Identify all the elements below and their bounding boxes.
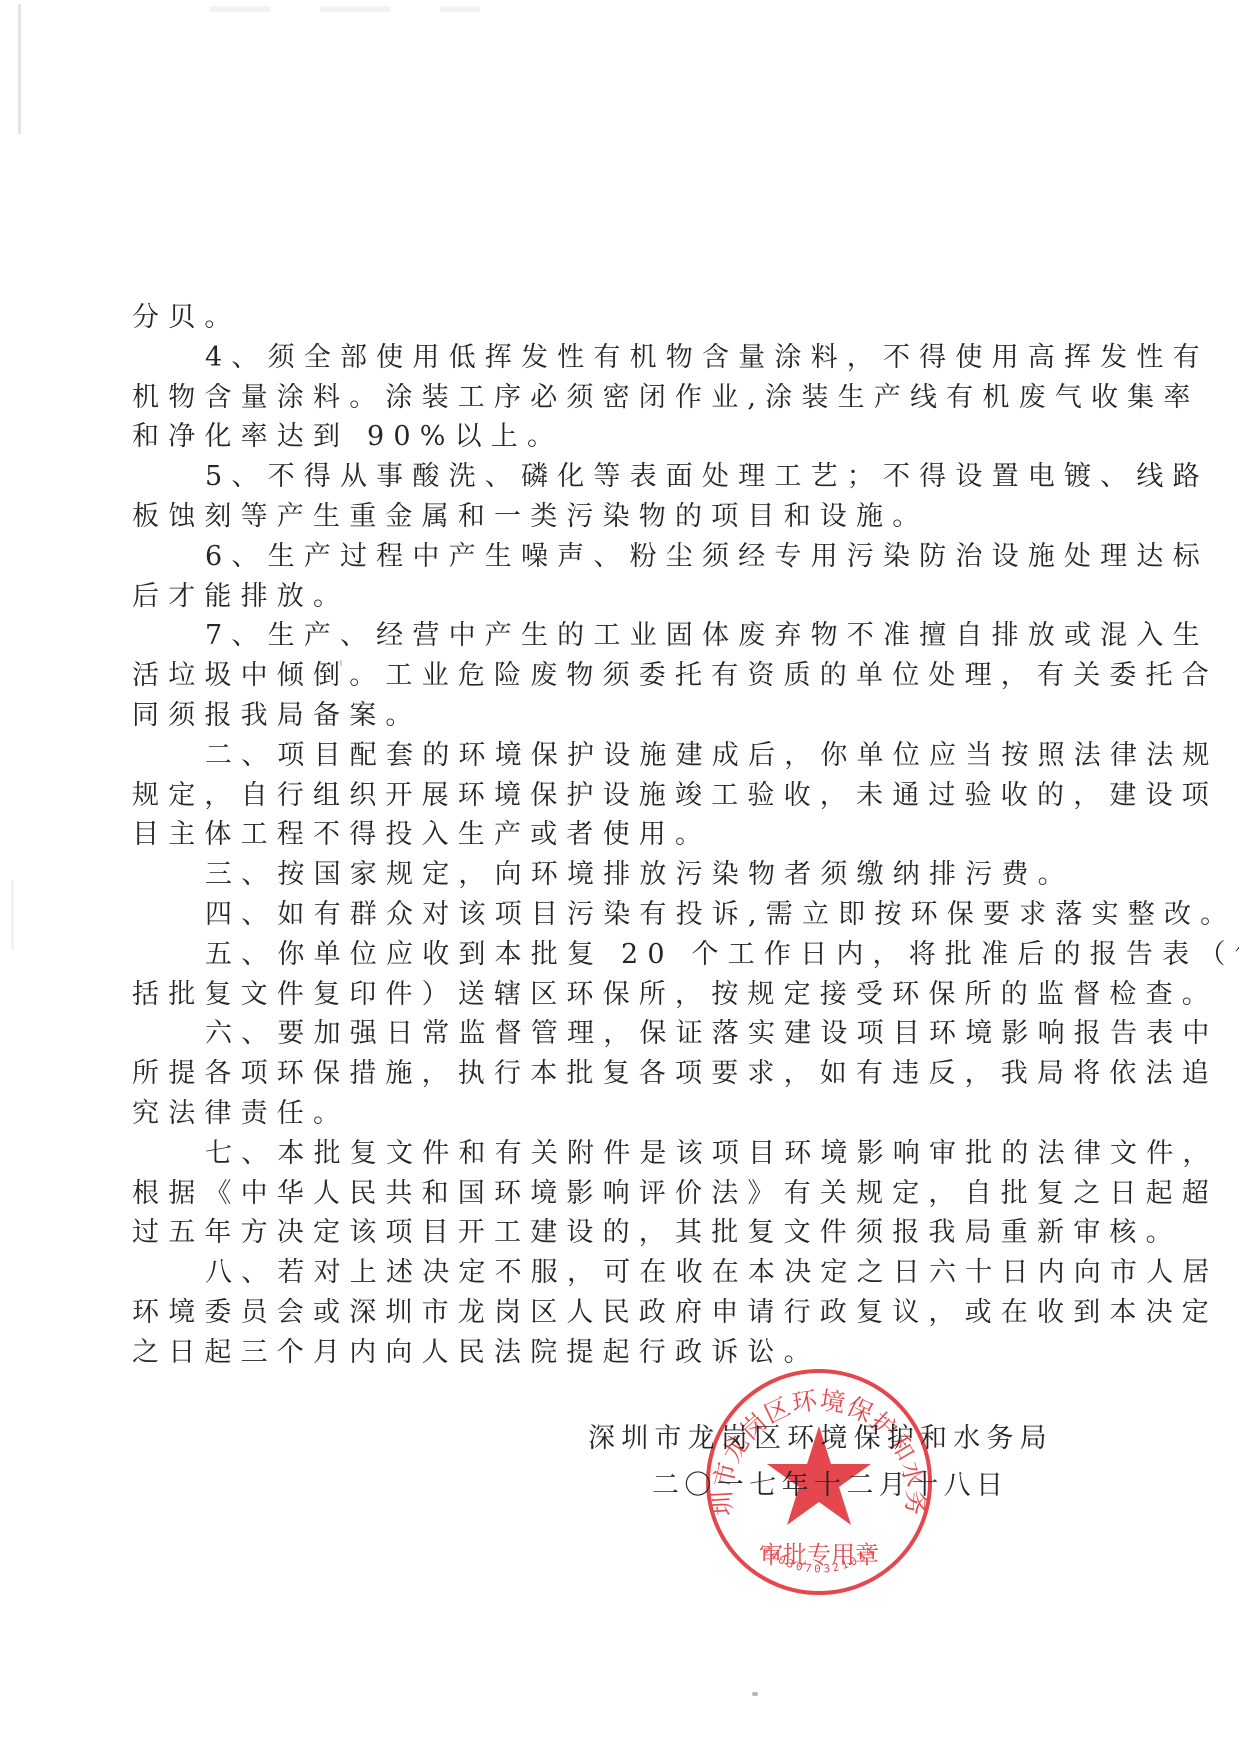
line-text: 六、要加强日常监督管理，保证落实建设项目环境影响报告表中 <box>205 1018 1219 1049</box>
line-text: 7、生产、经营中产生的工业固体废弃物不准擅自排放或混入生 <box>205 620 1209 651</box>
line-text: 四、如有群众对该项目污染有投诉,需立即按环保要求落实整改。 <box>205 899 1236 930</box>
issue-date: 二〇一七年十二月十八日 <box>652 1463 1008 1502</box>
scan-bleed-mark <box>440 6 480 12</box>
body-line: 括批复文件复印件）送辖区环保所，按规定接受环保所的监督检查。 <box>132 975 1012 1015</box>
body-line: 规定，自行组织开展环境保护设施竣工验收，未通过验收的，建设项 <box>132 776 1012 816</box>
scan-speck-mark <box>752 1692 758 1696</box>
body-line: 同须报我局备案。 <box>132 696 1012 736</box>
body-line: 后才能排放。 <box>132 577 1012 617</box>
line-text: 6、生产过程中产生噪声、粉尘须经专用污染防治设施处理达标 <box>205 541 1209 572</box>
line-text: 和净化率达到 90%以上。 <box>132 421 563 452</box>
svg-text:4403070321034: 4403070321034 <box>760 1543 879 1576</box>
body-line: 6、生产过程中产生噪声、粉尘须经专用污染防治设施处理达标 <box>132 537 1012 577</box>
body-line: 5、不得从事酸洗、磷化等表面处理工艺；不得设置电镀、线路 <box>132 457 1012 497</box>
stamp-serial-text: 4403070321034 <box>760 1543 879 1576</box>
body-line: 环境委员会或深圳市龙岗区人民政府申请行政复议，或在收到本决定 <box>132 1293 1012 1333</box>
official-seal-stamp-icon: 深圳市龙岗区环境保护和水务局 审批专用章 4403070321034 <box>703 1366 935 1598</box>
line-text: 环境委员会或深圳市龙岗区人民政府申请行政复议，或在收到本决定 <box>132 1297 1218 1328</box>
line-text: 括批复文件复印件）送辖区环保所，按规定接受环保所的监督检查。 <box>132 979 1218 1010</box>
body-line: 板蚀刻等产生重金属和一类污染物的项目和设施。 <box>132 497 1012 537</box>
line-text: 5、不得从事酸洗、磷化等表面处理工艺；不得设置电镀、线路 <box>205 461 1209 492</box>
body-line: 所提各项环保措施，执行本批复各项要求，如有违反，我局将依法追 <box>132 1054 1012 1094</box>
stamp-center-text: 审批专用章 <box>759 1541 879 1569</box>
body-line: 分贝。 <box>132 298 1012 338</box>
scan-edge-mark <box>11 880 14 950</box>
line-text: 七、本批复文件和有关附件是该项目环境影响审批的法律文件， <box>205 1138 1219 1169</box>
line-text: 规定，自行组织开展环境保护设施竣工验收，未通过验收的，建设项 <box>132 780 1218 811</box>
body-line: 五、你单位应收到本批复 20 个工作日内，将批准后的报告表（包 <box>132 935 1012 975</box>
line-text: 所提各项环保措施，执行本批复各项要求，如有违反，我局将依法追 <box>132 1058 1218 1089</box>
body-line: 和净化率达到 90%以上。 <box>132 417 1012 457</box>
line-text: 板蚀刻等产生重金属和一类污染物的项目和设施。 <box>132 501 928 532</box>
scan-speck-mark <box>1012 1030 1015 1033</box>
scan-bleed-mark <box>210 6 270 12</box>
document-body: 分贝。 4、须全部使用低挥发性有机物含量涂料，不得使用高挥发性有 机物含量涂料。… <box>132 298 1012 1373</box>
scan-edge-mark <box>18 4 21 134</box>
body-line: 七、本批复文件和有关附件是该项目环境影响审批的法律文件， <box>132 1134 1012 1174</box>
svg-text:深圳市龙岗区环境保护和水务局: 深圳市龙岗区环境保护和水务局 <box>703 1366 931 1517</box>
body-line: 之日起三个月内向人民法院提起行政诉讼。 <box>132 1333 1012 1373</box>
stamp-arc-text: 深圳市龙岗区环境保护和水务局 <box>703 1366 931 1517</box>
issuing-organization: 深圳市龙岗区环境保护和水务局 <box>588 1416 1053 1455</box>
scan-speck-mark <box>340 660 342 666</box>
body-line: 目主体工程不得投入生产或者使用。 <box>132 815 1012 855</box>
body-line: 过五年方决定该项目开工建设的，其批复文件须报我局重新审核。 <box>132 1213 1012 1253</box>
body-line: 4、须全部使用低挥发性有机物含量涂料，不得使用高挥发性有 <box>132 338 1012 378</box>
body-line: 八、若对上述决定不服，可在收在本决定之日六十日内向市人居 <box>132 1253 1012 1293</box>
line-text: 根据《中华人民共和国环境影响评价法》有关规定，自批复之日起超 <box>132 1178 1218 1209</box>
body-line: 7、生产、经营中产生的工业固体废弃物不准擅自排放或混入生 <box>132 616 1012 656</box>
body-line: 活垃圾中倾倒。工业危险废物须委托有资质的单位处理，有关委托合 <box>132 656 1012 696</box>
line-text: 过五年方决定该项目开工建设的，其批复文件须报我局重新审核。 <box>132 1217 1182 1248</box>
line-text: 机物含量涂料。涂装工序必须密闭作业,涂装生产线有机废气收集率 <box>132 382 1200 413</box>
line-text: 同须报我局备案。 <box>132 700 422 731</box>
line-text: 五、你单位应收到本批复 20 个工作日内，将批准后的报告表（包 <box>205 939 1239 970</box>
body-line: 二、项目配套的环境保护设施建成后，你单位应当按照法律法规 <box>132 736 1012 776</box>
body-line: 究法律责任。 <box>132 1094 1012 1134</box>
line-text: 之日起三个月内向人民法院提起行政诉讼。 <box>132 1337 820 1368</box>
scan-bleed-mark <box>320 6 390 12</box>
line-text: 三、按国家规定，向环境排放污染物者须缴纳排污费。 <box>205 859 1074 890</box>
line-text: 二、项目配套的环境保护设施建成后，你单位应当按照法律法规 <box>205 740 1219 771</box>
line-text: 八、若对上述决定不服，可在收在本决定之日六十日内向市人居 <box>205 1257 1219 1288</box>
body-line: 四、如有群众对该项目污染有投诉,需立即按环保要求落实整改。 <box>132 895 1012 935</box>
body-line: 三、按国家规定，向环境排放污染物者须缴纳排污费。 <box>132 855 1012 895</box>
line-text: 4、须全部使用低挥发性有机物含量涂料，不得使用高挥发性有 <box>205 342 1209 373</box>
line-text: 后才能排放。 <box>132 581 349 612</box>
body-line: 根据《中华人民共和国环境影响评价法》有关规定，自批复之日起超 <box>132 1174 1012 1214</box>
line-text: 分贝。 <box>132 302 241 333</box>
line-text: 活垃圾中倾倒。工业危险废物须委托有资质的单位处理，有关委托合 <box>132 660 1218 691</box>
line-text: 究法律责任。 <box>132 1098 349 1129</box>
body-line: 六、要加强日常监督管理，保证落实建设项目环境影响报告表中 <box>132 1014 1012 1054</box>
line-text: 目主体工程不得投入生产或者使用。 <box>132 819 711 850</box>
body-line: 机物含量涂料。涂装工序必须密闭作业,涂装生产线有机废气收集率 <box>132 378 1012 418</box>
